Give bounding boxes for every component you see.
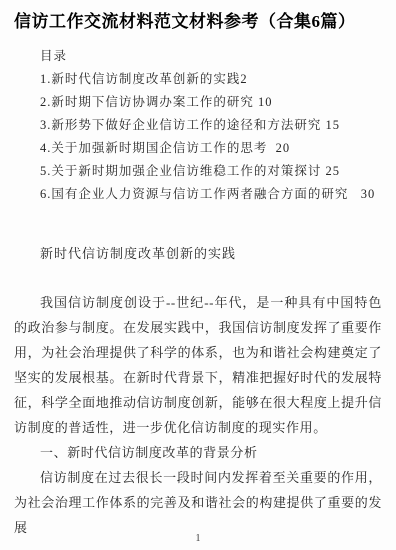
toc-item-2: 2.新时期下信访协调办案工作的研究 10 <box>40 91 382 114</box>
toc-label: 目录 <box>40 45 382 68</box>
document-title: 信访工作交流材料范文材料参考（合集6篇） <box>14 9 382 34</box>
body-paragraph-1: 我国信访制度创设于--世纪--年代，是一种具有中国特色的政治参与制度。在发展实践… <box>14 290 382 440</box>
toc-item-3: 3.新形势下做好企业信访工作的途径和方法研究 15 <box>40 114 382 137</box>
page-number: 1 <box>0 533 396 544</box>
toc-item-5: 5.关于新时期加强企业信访维稳工作的对策探讨 25 <box>40 160 382 183</box>
section-heading: 新时代信访制度改革创新的实践 <box>40 242 382 265</box>
body-paragraph-2: 信访制度在过去很长一段时间内发挥着至关重要的作用，为社会治理工作体系的完善及和谐… <box>14 465 382 540</box>
document-page: 信访工作交流材料范文材料参考（合集6篇） 目录 1.新时代信访制度改革创新的实践… <box>0 0 396 550</box>
toc-item-1: 1.新时代信访制度改革创新的实践2 <box>40 68 382 91</box>
table-of-contents: 目录 1.新时代信访制度改革创新的实践2 2.新时期下信访协调办案工作的研究 1… <box>40 45 382 206</box>
toc-item-6: 6.国有企业人力资源与信访工作两者融合方面的研究 30 <box>40 183 382 206</box>
toc-item-4: 4.关于加强新时期国企信访工作的思考 20 <box>40 137 382 160</box>
body-subheading-1: 一、新时代信访制度改革的背景分析 <box>14 440 382 465</box>
